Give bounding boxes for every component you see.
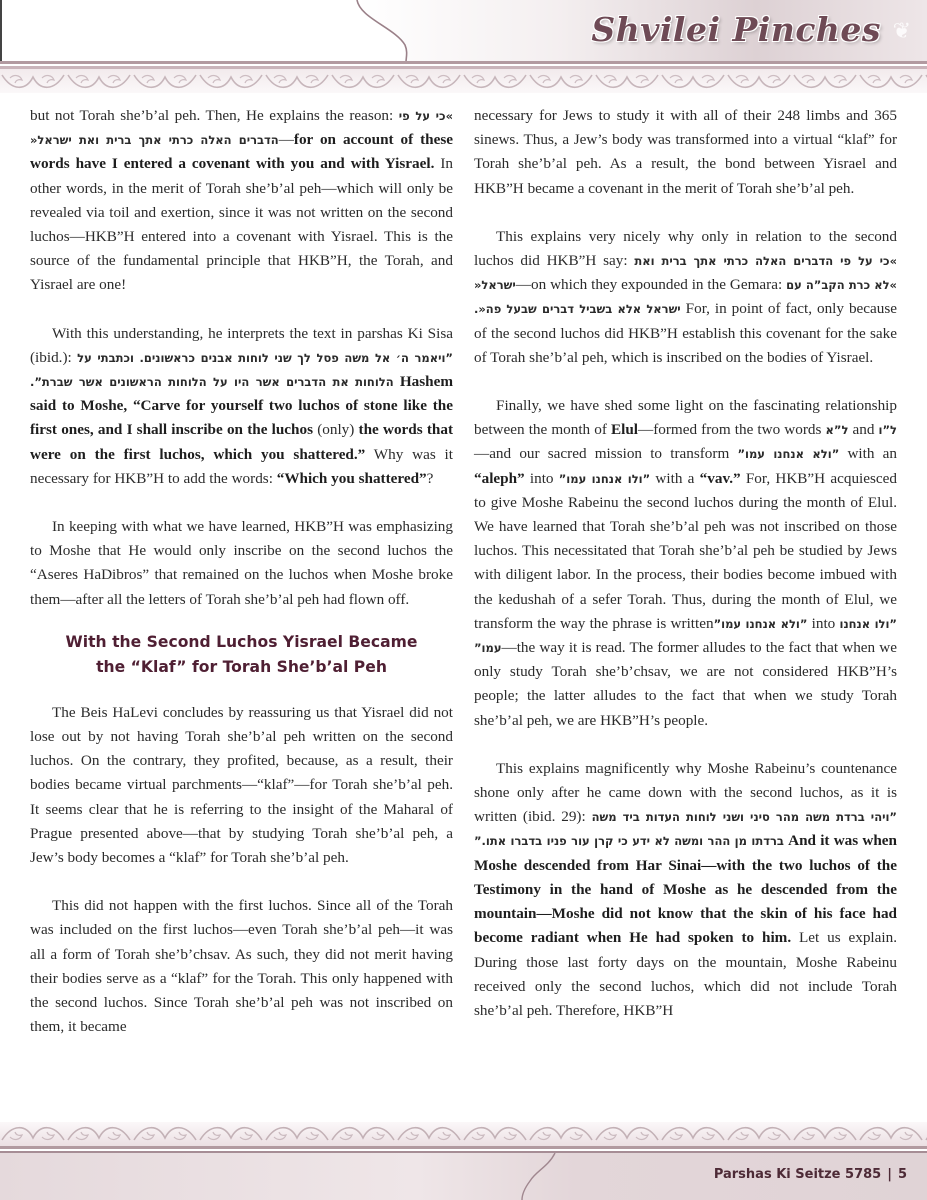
paragraph: This did not happen with the first lucho… <box>30 894 453 1039</box>
publication-issue: Parshas Ki Seitze 5785 <box>714 1167 881 1182</box>
paragraph: Finally, we have shed some light on the … <box>474 394 897 733</box>
header-rule <box>0 61 927 64</box>
paragraph: The Beis HaLevi concludes by reassuring … <box>30 701 453 870</box>
title-banner: ❦ Shvilei Pinches ❦ <box>0 0 927 62</box>
paragraph: This explains magnificently why Moshe Ra… <box>474 757 897 1023</box>
article-column-right: necessary for Jews to study it with all … <box>474 104 897 1047</box>
footer-page-info: Parshas Ki Seitze 5785|5 <box>714 1167 907 1182</box>
paragraph: necessary for Jews to study it with all … <box>474 104 897 201</box>
footer-bar: Parshas Ki Seitze 5785|5 <box>0 1153 927 1200</box>
paragraph: This explains very nicely why only in re… <box>474 225 897 370</box>
paragraph: In keeping with what we have learned, HK… <box>30 515 453 612</box>
footer-rule <box>0 1146 927 1149</box>
ornamental-border-top <box>0 69 927 93</box>
scroll-ornament-icon <box>0 69 927 93</box>
page-number: 5 <box>898 1167 907 1182</box>
section-heading: With the Second Luchos Yisrael Became th… <box>30 630 453 680</box>
page-header: ❦ Shvilei Pinches ❦ <box>0 0 927 92</box>
hebrew-quote: ”ויאמר ה׳ אל משה פסל לך שני לוחות אבנים … <box>30 351 453 389</box>
article-column-left: but not Torah she’b’al peh. Then, He exp… <box>30 104 453 1064</box>
publication-title: Shvilei Pinches <box>591 10 881 49</box>
swirl-ornament-icon: ❦ <box>893 18 911 44</box>
page-footer: Parshas Ki Seitze 5785|5 <box>0 1122 927 1200</box>
paragraph: With this understanding, he interprets t… <box>30 322 453 491</box>
paragraph: but not Torah she’b’al peh. Then, He exp… <box>30 104 453 298</box>
separator: | <box>887 1167 892 1182</box>
